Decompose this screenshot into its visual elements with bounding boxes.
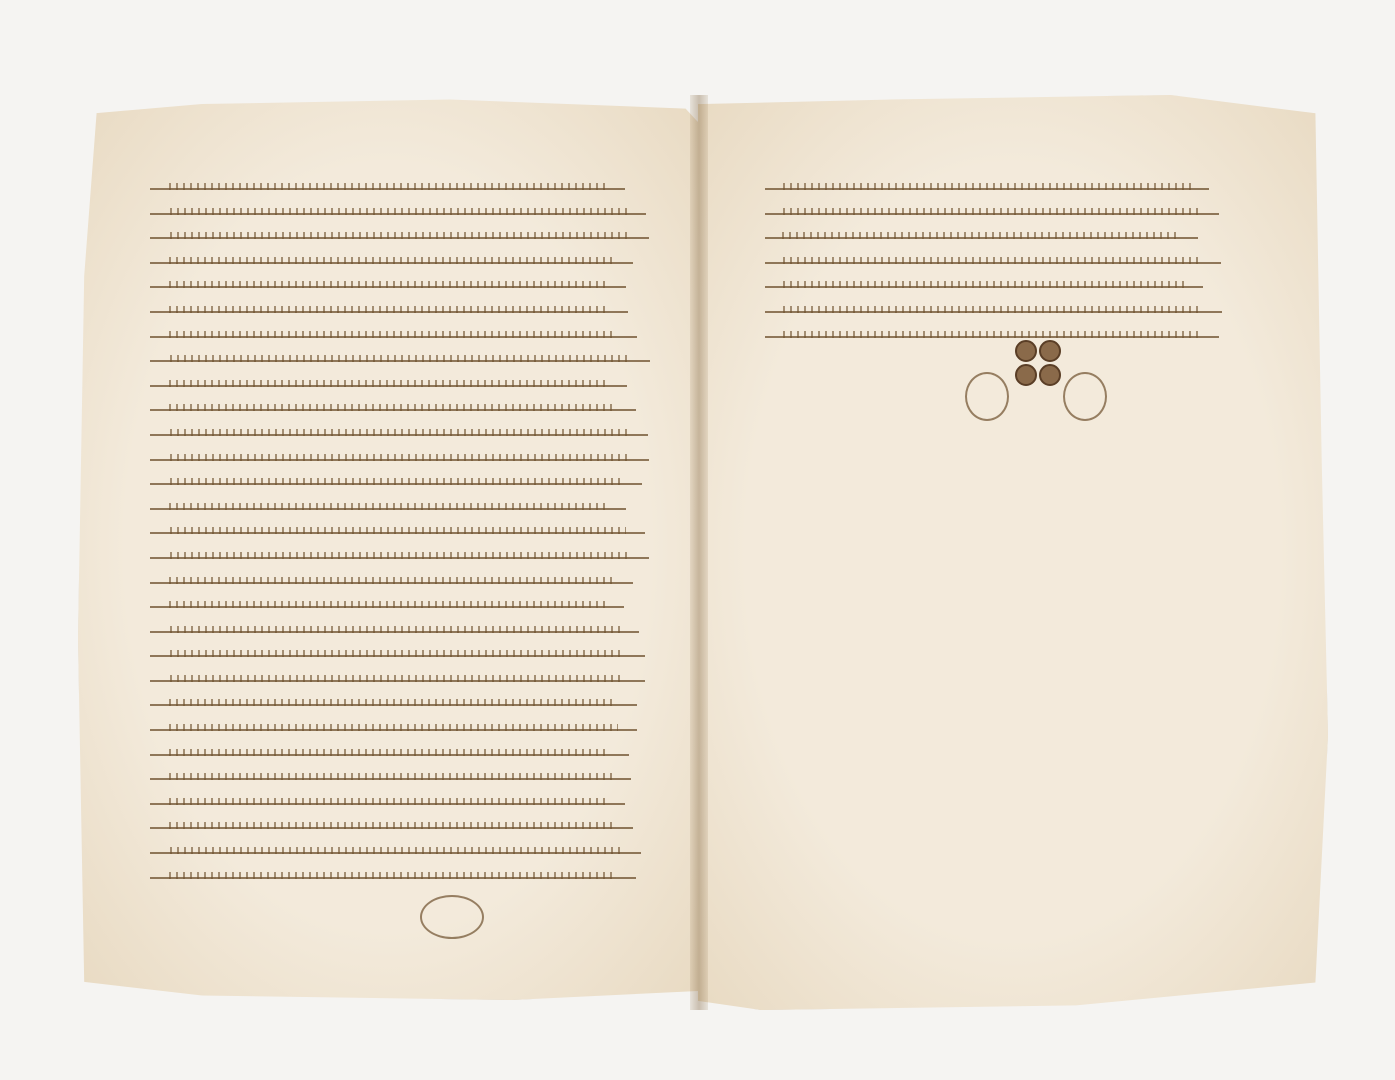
handwritten-line bbox=[765, 326, 1225, 351]
handwritten-line bbox=[765, 252, 1225, 277]
handwritten-line bbox=[150, 670, 650, 695]
right-page-handwriting bbox=[765, 178, 1225, 350]
handwritten-line bbox=[150, 719, 650, 744]
right-rubric-right bbox=[1063, 372, 1107, 421]
notary-seal-icon bbox=[1015, 340, 1063, 388]
handwritten-line bbox=[765, 178, 1225, 203]
handwritten-line bbox=[150, 547, 650, 572]
handwritten-line bbox=[150, 694, 650, 719]
handwritten-line bbox=[150, 252, 650, 277]
handwritten-line bbox=[150, 326, 650, 351]
handwritten-line bbox=[150, 424, 650, 449]
handwritten-line bbox=[150, 572, 650, 597]
handwritten-line bbox=[150, 399, 650, 424]
handwritten-line bbox=[150, 793, 650, 818]
left-signature-rubric bbox=[420, 895, 484, 939]
handwritten-line bbox=[765, 203, 1225, 228]
handwritten-line bbox=[150, 375, 650, 400]
book-gutter bbox=[690, 95, 708, 1010]
handwritten-line bbox=[150, 498, 650, 523]
handwritten-line bbox=[150, 449, 650, 474]
handwritten-line bbox=[150, 645, 650, 670]
handwritten-line bbox=[150, 473, 650, 498]
handwritten-line bbox=[150, 301, 650, 326]
handwritten-line bbox=[150, 817, 650, 842]
handwritten-line bbox=[765, 301, 1225, 326]
handwritten-line bbox=[150, 276, 650, 301]
handwritten-line bbox=[150, 867, 650, 892]
handwritten-line bbox=[150, 350, 650, 375]
handwritten-line bbox=[150, 596, 650, 621]
handwritten-line bbox=[150, 522, 650, 547]
right-rubric-left bbox=[965, 372, 1009, 421]
handwritten-line bbox=[150, 621, 650, 646]
handwritten-line bbox=[150, 227, 650, 252]
handwritten-line bbox=[150, 768, 650, 793]
handwritten-line bbox=[150, 203, 650, 228]
handwritten-line bbox=[765, 227, 1225, 252]
handwritten-line bbox=[765, 276, 1225, 301]
handwritten-line bbox=[150, 178, 650, 203]
handwritten-line bbox=[150, 842, 650, 867]
left-page-handwriting bbox=[150, 178, 650, 891]
handwritten-line bbox=[150, 744, 650, 769]
